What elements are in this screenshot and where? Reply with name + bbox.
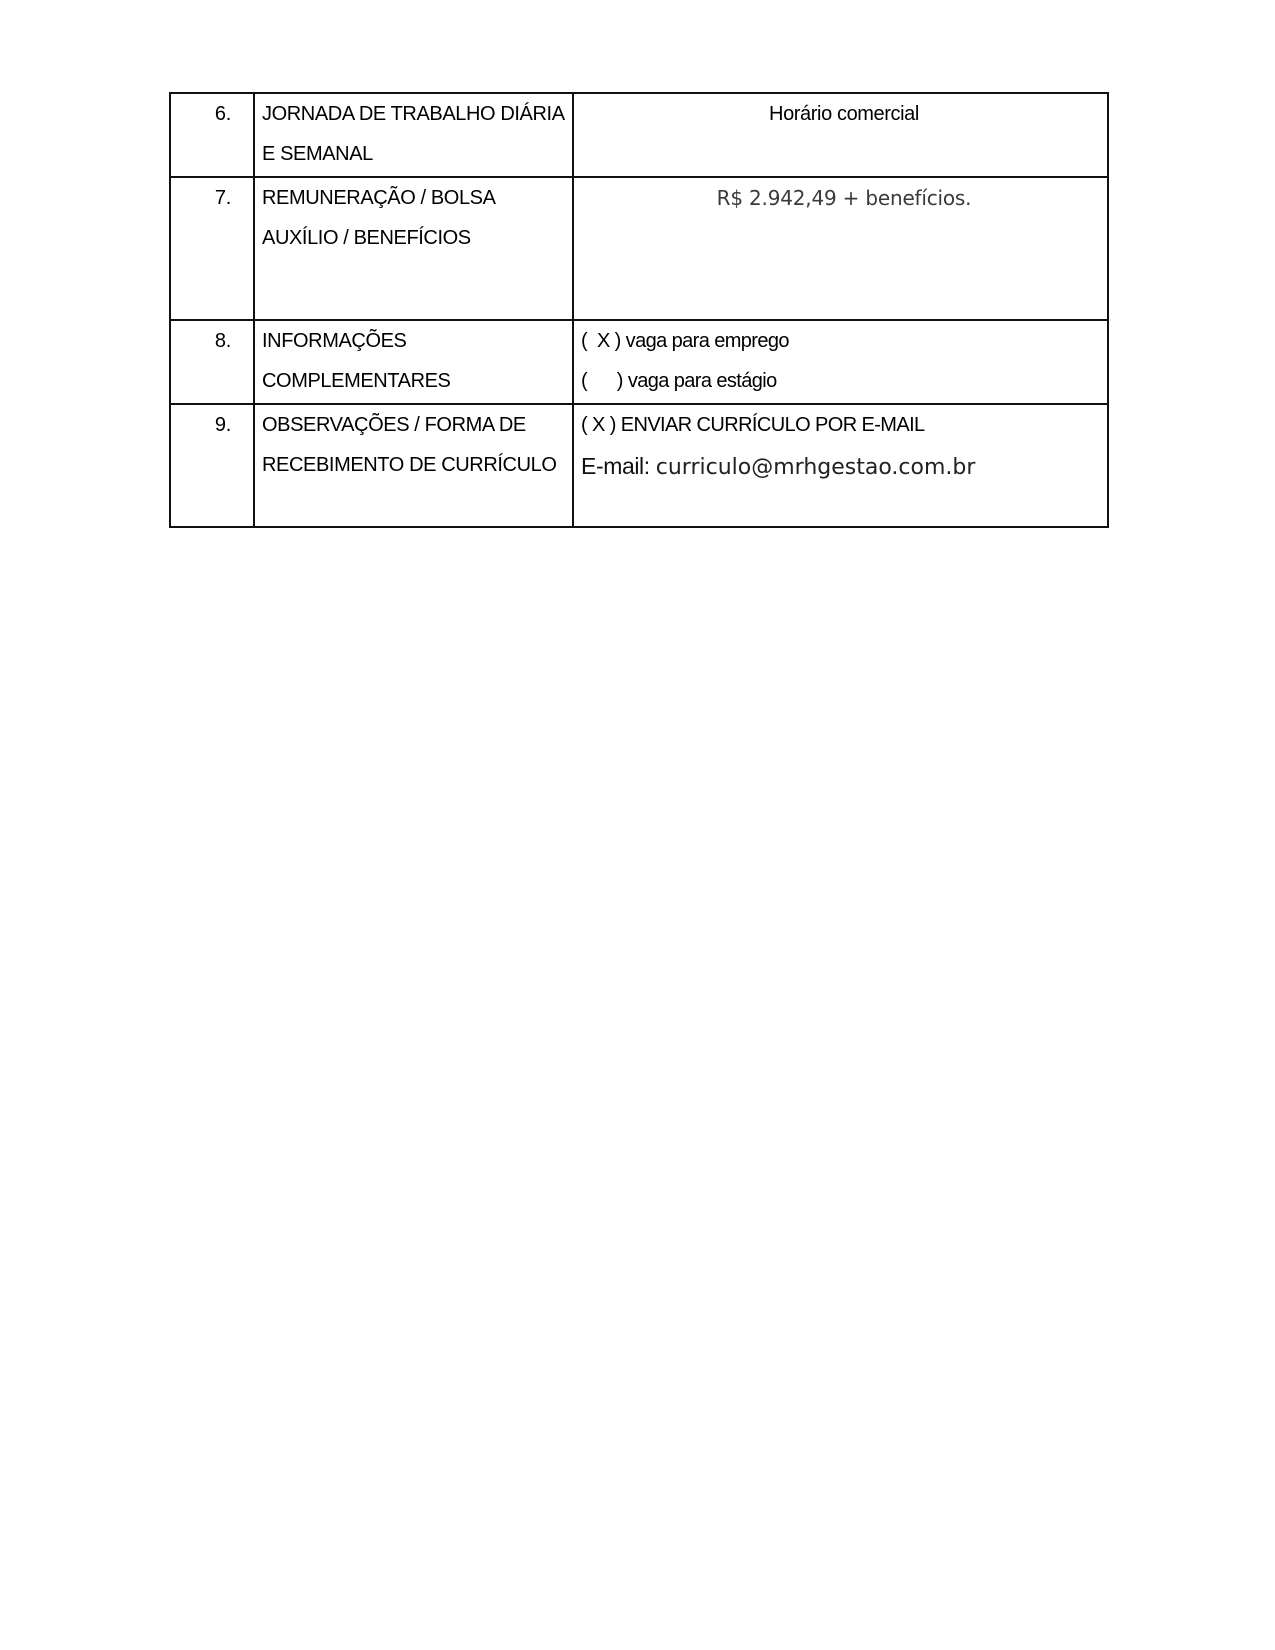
row-number: 9. (170, 404, 254, 527)
row-number: 8. (170, 320, 254, 404)
email-address[interactable]: curriculo@mrhgestao.com.br (656, 455, 976, 480)
table-row: 9. OBSERVAÇÕES / FORMA DE RECEBIMENTO DE… (170, 404, 1108, 527)
value-line: Horário comercial (581, 94, 1107, 134)
label-line: E SEMANAL (262, 134, 572, 174)
table-row: 6. JORNADA DE TRABALHO DIÁRIA E SEMANAL … (170, 93, 1108, 177)
option-enviar-email: ( X ) ENVIAR CURRÍCULO POR E-MAIL (581, 405, 1107, 445)
row-number: 7. (170, 177, 254, 320)
row-label: OBSERVAÇÕES / FORMA DE RECEBIMENTO DE CU… (254, 404, 573, 527)
row-label: JORNADA DE TRABALHO DIÁRIA E SEMANAL (254, 93, 573, 177)
job-details-table: 6. JORNADA DE TRABALHO DIÁRIA E SEMANAL … (169, 92, 1109, 528)
label-line: INFORMAÇÕES (262, 321, 572, 361)
row-label: INFORMAÇÕES COMPLEMENTARES (254, 320, 573, 404)
row-label: REMUNERAÇÃO / BOLSA AUXÍLIO / BENEFÍCIOS (254, 177, 573, 320)
table-row: 7. REMUNERAÇÃO / BOLSA AUXÍLIO / BENEFÍC… (170, 177, 1108, 320)
label-line: REMUNERAÇÃO / BOLSA (262, 178, 572, 218)
salary-value: R$ 2.942,49 + benefícios. (573, 177, 1108, 320)
option-vaga-estagio: ( ) vaga para estágio (581, 361, 1107, 401)
email-line: E-mail: curriculo@mrhgestao.com.br (581, 445, 1107, 489)
label-line: RECEBIMENTO DE CURRÍCULO (262, 445, 572, 485)
value-line: R$ 2.942,49 + benefícios. (581, 178, 1107, 218)
option-vaga-emprego: ( X ) vaga para emprego (581, 321, 1107, 361)
label-line: COMPLEMENTARES (262, 361, 572, 401)
working-hours-value: Horário comercial (573, 93, 1108, 177)
email-label: E-mail: (581, 453, 656, 479)
label-line: OBSERVAÇÕES / FORMA DE (262, 405, 572, 445)
application-method: ( X ) ENVIAR CURRÍCULO POR E-MAIL E-mail… (573, 404, 1108, 527)
job-type-options: ( X ) vaga para emprego ( ) vaga para es… (573, 320, 1108, 404)
label-line: JORNADA DE TRABALHO DIÁRIA (262, 94, 572, 134)
table-row: 8. INFORMAÇÕES COMPLEMENTARES ( X ) vaga… (170, 320, 1108, 404)
label-line: AUXÍLIO / BENEFÍCIOS (262, 218, 572, 258)
row-number: 6. (170, 93, 254, 177)
